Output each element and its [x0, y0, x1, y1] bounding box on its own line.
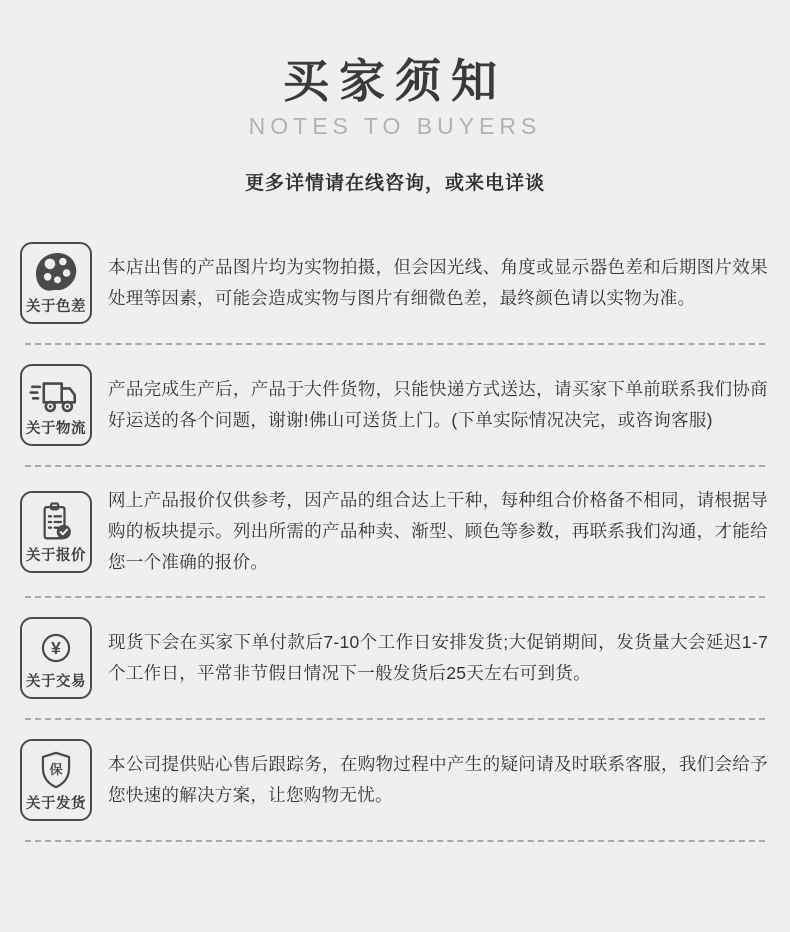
shield-glyph: 保 — [48, 762, 63, 777]
quotation-checklist-icon — [31, 500, 81, 544]
dashed-divider — [25, 840, 765, 842]
transaction-icon-box: ¥ 关于交易 — [20, 617, 92, 699]
shield-icon: 保 — [32, 748, 80, 792]
notes-sections: 关于色差 本店出售的产品图片均为实物拍摄，但会因光线、角度或显示器色差和后期图片… — [0, 241, 790, 842]
quotation-icon-box: 关于报价 — [20, 491, 92, 573]
section-text-color-difference: 本店出售的产品图片均为实物拍摄，但会因光线、角度或显示器色差和后期图片效果处理等… — [108, 252, 768, 314]
section-logistics: 关于物流 产品完成生产后，产品于大件货物，只能快递方式送达，请买家下单前联系我们… — [0, 363, 790, 447]
section-text-quotation: 网上产品报价仅供参考，因产品的组合达上干种，每种组合价格备不相同，请根据导购的板… — [108, 485, 768, 578]
color-difference-icon-box: 关于色差 — [20, 242, 92, 324]
icon-label-shipping: 关于发货 — [26, 792, 86, 813]
section-text-transaction: 现货下会在买家下单付款后7-10个工作日安排发货;大促销期间，发货量大会延迟1-… — [108, 627, 768, 689]
yen-glyph: ¥ — [51, 638, 61, 658]
dashed-divider — [25, 718, 765, 720]
icon-label-transaction: 关于交易 — [26, 670, 86, 691]
section-quotation: 关于报价 网上产品报价仅供参考，因产品的组合达上干种，每种组合价格备不相同，请根… — [0, 485, 790, 578]
logistics-icon-box: 关于物流 — [20, 364, 92, 446]
icon-label-quotation: 关于报价 — [26, 544, 86, 565]
icon-label-color-difference: 关于色差 — [26, 295, 86, 316]
section-transaction: ¥ 关于交易 现货下会在买家下单付款后7-10个工作日安排发货;大促销期间，发货… — [0, 616, 790, 700]
section-text-shipping: 本公司提供贴心售后跟踪务，在购物过程中产生的疑问请及时联系客服，我们会给予您快速… — [108, 749, 768, 811]
dashed-divider — [25, 465, 765, 467]
section-color-difference: 关于色差 本店出售的产品图片均为实物拍摄，但会因光线、角度或显示器色差和后期图片… — [0, 241, 790, 325]
section-shipping: 保 关于发货 本公司提供贴心售后跟踪务，在购物过程中产生的疑问请及时联系客服，我… — [0, 738, 790, 822]
notes-header: 买家须知 NOTES TO BUYERS 更多详情请在线咨询，或来电详谈 — [0, 54, 790, 195]
contact-tagline: 更多详情请在线咨询，或来电详谈 — [0, 168, 790, 195]
page-subtitle: NOTES TO BUYERS — [0, 113, 790, 140]
dashed-divider — [25, 596, 765, 598]
shipping-icon-box: 保 关于发货 — [20, 739, 92, 821]
dashed-divider — [25, 343, 765, 345]
page-title: 买家须知 — [0, 54, 790, 109]
icon-label-logistics: 关于物流 — [26, 417, 86, 438]
section-text-logistics: 产品完成生产后，产品于大件货物，只能快递方式送达，请买家下单前联系我们协商好运送… — [108, 374, 768, 436]
palette-icon — [30, 251, 82, 295]
truck-icon — [29, 373, 83, 417]
yen-circle-icon: ¥ — [32, 626, 80, 670]
